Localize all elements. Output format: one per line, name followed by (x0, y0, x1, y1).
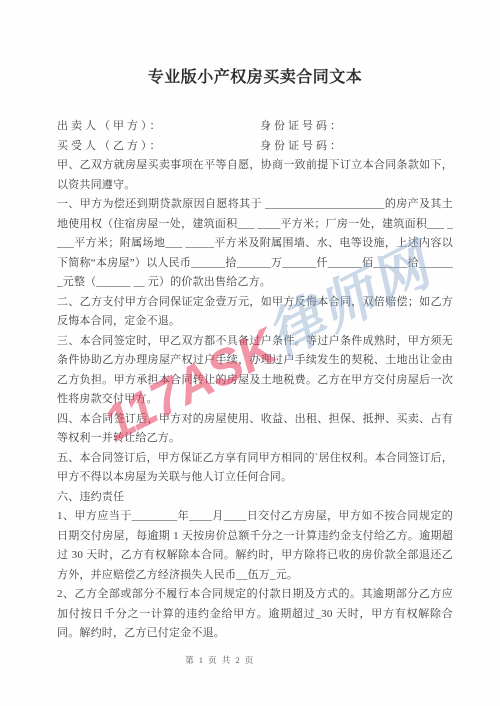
buyer-row: 买受人（乙方）： 身份证号码： (57, 137, 453, 157)
contract-page: 117ASK律师网 专业版小产权房买卖合同文本 出卖人（甲方）： 身份证号码： … (0, 0, 500, 706)
buyer-id-label: 身份证号码： (260, 137, 344, 157)
document-body: 专业版小产权房买卖合同文本 出卖人（甲方）： 身份证号码： 买受人（乙方）： 身… (0, 0, 500, 644)
clause-1-paragraph: 一、甲方为偿还到期贷款原因自愿将其于 _____________________… (57, 195, 453, 293)
clause-6-heading: 六、违约责任 (57, 488, 453, 508)
seller-id-label: 身份证号码： (260, 117, 344, 137)
clause-6-item-1-paragraph: 1、甲方应当于________年____月____日交付乙方房屋，甲方如不按合同… (57, 507, 453, 585)
clause-6-item-2-paragraph: 2、乙方全部或部分不履行本合同规定的付款日期及方式的。其逾期部分乙方应加付按日千… (57, 585, 453, 644)
preamble-paragraph: 甲、乙双方就房屋买卖事项在平等自愿，协商一致前提下订立本合同条款如下，以资共同遵… (57, 156, 453, 195)
clause-5-paragraph: 五、本合同签订后，甲方保证乙方享有同甲方相同的`居住权利。本合同签订后，甲方不得… (57, 449, 453, 488)
clause-4-paragraph: 四、本合同签订后，甲方对的房屋使用、收益、出租、担保、抵押、买卖、占有等权利一并… (57, 410, 453, 449)
clause-3-paragraph: 三、本合同签定时，甲乙双方都不具备过户条件。等过户条件成熟时，甲方须无条件协助乙… (57, 332, 453, 410)
page-title: 专业版小产权房买卖合同文本 (57, 0, 453, 87)
parties-block: 出卖人（甲方）： 身份证号码： 买受人（乙方）： 身份证号码： (57, 117, 453, 156)
seller-label: 出卖人（甲方）： (57, 120, 164, 132)
seller-row: 出卖人（甲方）： 身份证号码： (57, 117, 453, 137)
page-number: 第 1 页 共 2 页 (155, 654, 285, 666)
clause-2-paragraph: 二、乙方支付甲方合同保证定金壹万元，如甲方反悔本合同，双倍赔偿；如乙方反悔本合同… (57, 293, 453, 332)
buyer-label: 买受人（乙方）： (57, 140, 164, 152)
